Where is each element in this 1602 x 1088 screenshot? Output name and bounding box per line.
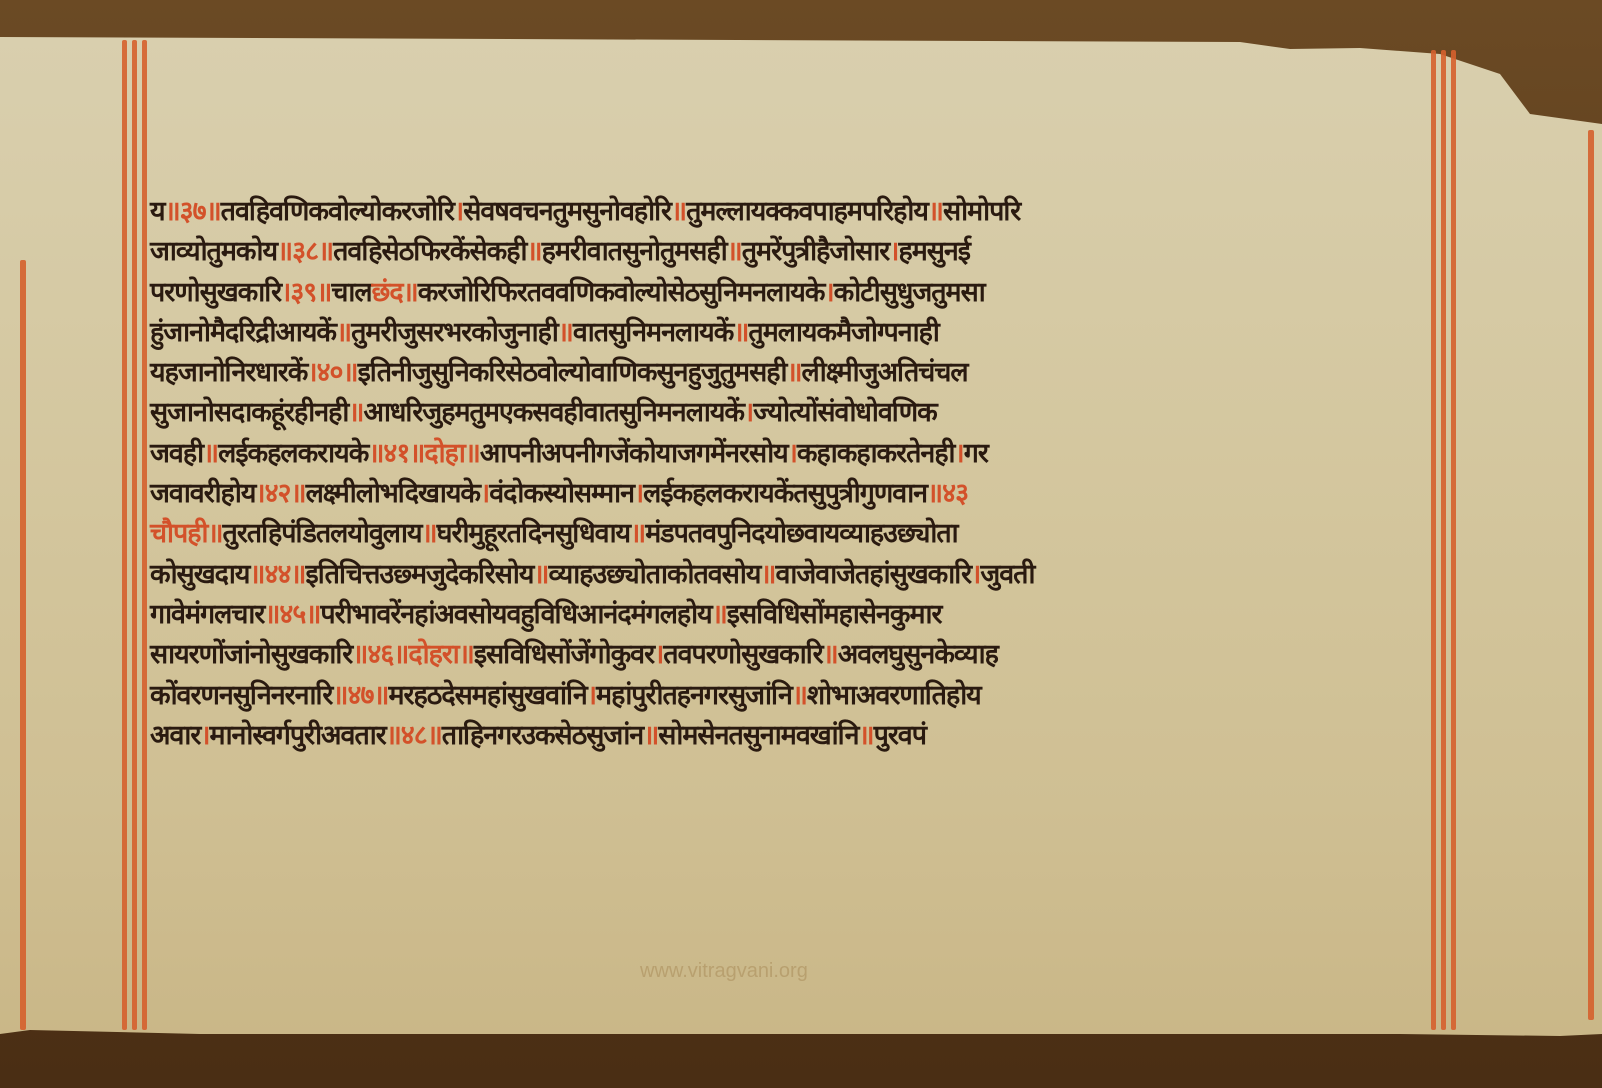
rubric-marker: ।४२॥ [255,478,305,509]
text-segment: परणोसुखकारि [150,277,281,308]
text-segment: तवहिवणिकवोल्योकरजोरि [221,196,454,227]
rubric-marker: ॥ [786,357,801,388]
text-segment: लईकहलकरायकेंतसुपुत्रीगुणवान [643,478,927,509]
manuscript-line: परणोसुखकारि।३९॥चालछंद॥करजोरिफिरतववणिकवोल… [150,273,1412,313]
rubric-marker: ॥ [858,720,873,751]
rubric-marker: चौपही॥ [150,518,223,549]
manuscript-line: सुजानोसदाकहूंरहीनही॥आधरिजुहमतुमएकसवहीवात… [150,393,1412,433]
text-segment: कहाकहाकरतेनही [797,438,955,469]
rubric-marker: । [200,720,209,751]
text-segment: कोंवरणनसुनिनरनारि [150,680,332,711]
rubric-marker: । [744,397,753,428]
rubric-marker: । [634,478,643,509]
text-segment: वातसुनिमनलायकें [573,317,733,348]
text-segment: घरीमुहूरतदिनसुधिवाय [437,518,631,549]
text-segment: जुवती [980,559,1034,590]
text-segment: इसविधिसोंजेंगोकुवर [474,639,654,670]
text-segment: मंडपतवपुनिदयोछवायव्याहउछ्योता [645,518,957,549]
rubric-marker: ॥४१॥ [368,438,424,469]
text-segment: जवही [150,438,203,469]
rubric-marker: ॥४४॥ [249,559,305,590]
rubric-marker: ॥ [558,317,573,348]
manuscript-line: सायरणोंजांनोसुखकारि॥४६॥दोहरा॥इसविधिसोंजे… [150,635,1412,675]
rubric-marker: ॥ [526,236,541,267]
rubric-marker: ॥४३ [927,478,968,509]
watermark: www.vitragvani.org [640,960,808,983]
text-segment: ताहिनगरउकसेठसुजांन [442,720,643,751]
rubric-marker: ॥ [630,518,645,549]
rubric-marker: ॥४६॥ [352,639,408,670]
text-segment: इतिचित्तउछ्मजुदेकरिसोय [306,559,534,590]
text-segment: जवावरीहोय [150,478,255,509]
text-segment: ज्योत्योंसंवोधोवणिक [753,397,937,428]
rubric-marker: ।४०॥ [307,357,357,388]
text-segment: शोभाअवरणातिहोय [807,680,981,711]
rubric-marker: । [480,478,489,509]
rubric-marker: ॥ [760,559,775,590]
text-segment: तवहिसेठफिरकेंसेकही [333,236,526,267]
rubric-marker: ॥३७॥ [165,196,221,227]
text-segment: मानोस्वर्गपुरीअवतार [210,720,386,751]
rubric-marker: ॥ [733,317,748,348]
rubric-marker: दोहा॥ [424,438,479,469]
manuscript-line: जाव्योतुमकोय॥३८॥तवहिसेठफिरकेंसेकही॥हमरीव… [150,232,1412,272]
text-segment: यहजानोनिरधारकें [150,357,307,388]
right-edge-red-rule [1588,130,1594,1020]
text-segment: लईकहलकरायके [218,438,368,469]
text-segment: सायरणोंजांनोसुखकारि [150,639,352,670]
text-segment: व्याहउछ्योताकोतवसोय [549,559,761,590]
text-segment: सेवषवचनतुमसुनोवहोरि [463,196,671,227]
text-segment: सुजानोसदाकहूंरहीनही [150,397,348,428]
text-segment: अवलघुसुनकेव्याह [838,639,998,670]
manuscript-line: हुंजानोमैदरिद्रीआयकें॥तुमरीजुसरभरकोजुनाह… [150,313,1412,353]
rubric-marker: ॥ [928,196,943,227]
rubric-marker: ॥ [533,559,548,590]
rubric-marker: ॥ [712,599,727,630]
text-segment: तुमरेंपुत्रीहैजोसार [742,236,890,267]
rubric-marker: ॥ [643,720,658,751]
manuscript-line: जवावरीहोय।४२॥लक्ष्मीलोभदिखायके।वंदोकस्यो… [150,474,1412,514]
rubric-marker: ॥ [422,518,437,549]
text-segment: य [150,196,165,227]
left-edge-red-rule [20,260,26,1030]
text-segment: सोमसेनतसुनामवखांनि [658,720,858,751]
rubric-marker: छंद॥ [372,277,418,308]
text-segment: लक्ष्मीलोभदिखायके [306,478,480,509]
rubric-marker: । [824,277,833,308]
text-segment: पुरवपं [874,720,926,751]
text-segment: तुमलायकमैजोग्पनाही [748,317,938,348]
text-segment: जाव्योतुमकोय [150,236,277,267]
text-segment: हमरीवातसुनोतुमसही [542,236,727,267]
text-segment: गावेमंगलचार [150,599,264,630]
rubric-marker: ॥४७॥ [332,680,388,711]
manuscript-text-block: य॥३७॥तवहिवणिकवोल्योकरजोरि।सेवषवचनतुमसुनो… [150,192,1420,756]
rubric-marker: ॥ [823,639,838,670]
text-segment: करजोरिफिरतववणिकवोल्योसेठसुनिमनलायके [418,277,825,308]
text-segment: लीक्ष्मीजुअतिचंचल [802,357,968,388]
rubric-marker: । [971,559,980,590]
text-segment: गर [964,438,988,469]
text-segment: अवार [150,720,200,751]
rubric-marker: ॥४५॥ [264,599,320,630]
rubric-marker: दोहरा॥ [408,639,473,670]
right-margin-red-rule [1451,50,1456,1030]
text-segment: तुमरीजुसरभरकोजुनाही [351,317,558,348]
right-margin-red-rule [1441,50,1446,1030]
rubric-marker: ॥ [203,438,218,469]
text-segment: आधरिजुहमतुमएकसवहीवातसुनिमनलायकें [363,397,744,428]
manuscript-line: गावेमंगलचार॥४५॥परीभावरेंनहांअवसोयवहुविधि… [150,595,1412,635]
text-segment: इतिनीजुसुनिकरिसेठवोल्योवाणिकसुनहुजुतुमसह… [358,357,787,388]
text-segment: हमसुनई [898,236,970,267]
manuscript-line: कोसुखदाय॥४४॥इतिचित्तउछ्मजुदेकरिसोय॥व्याह… [150,555,1412,595]
rubric-marker: ॥ [336,317,351,348]
rubric-marker: । [654,639,663,670]
rubric-marker: ॥ [671,196,686,227]
rubric-marker: । [454,196,463,227]
rubric-marker: । [955,438,964,469]
text-segment: तवपरणोसुखकारि [663,639,822,670]
manuscript-line: कोंवरणनसुनिनरनारि॥४७॥मरहठदेसमहांसुखवांनि… [150,676,1412,716]
rubric-marker: । [587,680,596,711]
rubric-marker: । [889,236,898,267]
left-margin-red-rule [142,40,147,1030]
rubric-marker: ।३९॥ [281,277,331,308]
text-segment: वंदोकस्योसम्मान [489,478,634,509]
text-segment: कोटीसुधुजतुमसा [834,277,985,308]
rubric-marker: ॥३८॥ [277,236,333,267]
text-segment: आपनीअपनीगजेंकोयाजगमेंनरसोय [480,438,788,469]
manuscript-line: यहजानोनिरधारकें।४०॥इतिनीजुसुनिकरिसेठवोल्… [150,353,1412,393]
rubric-marker: ॥ [348,397,363,428]
manuscript-line: चौपही॥तुरतहिपंडितलयोवुलाय॥घरीमुहूरतदिनसु… [150,514,1412,554]
manuscript-line: य॥३७॥तवहिवणिकवोल्योकरजोरि।सेवषवचनतुमसुनो… [150,192,1412,232]
text-segment: मरहठदेसमहांसुखवांनि [388,680,586,711]
text-segment: वाजेवाजेतहांसुखकारि [775,559,971,590]
text-segment: सोमोपरि [943,196,1020,227]
right-margin-red-rule [1431,50,1436,1030]
rubric-marker: ॥४८॥ [386,720,442,751]
manuscript-line: अवार।मानोस्वर्गपुरीअवतार॥४८॥ताहिनगरउकसेठ… [150,716,1412,756]
manuscript-line: जवही॥लईकहलकरायके॥४१॥दोहा॥आपनीअपनीगजेंकोय… [150,434,1412,474]
text-segment: हुंजानोमैदरिद्रीआयकें [150,317,336,348]
rubric-marker: ॥ [727,236,742,267]
text-segment: कोसुखदाय [150,559,249,590]
left-margin-red-rule [132,40,137,1030]
text-segment: तुरतहिपंडितलयोवुलाय [223,518,422,549]
text-segment: तुमल्लायक्कवपाहमपरिहोय [686,196,928,227]
rubric-marker: । [788,438,797,469]
rubric-marker: ॥ [792,680,807,711]
text-segment: इसविधिसोंमहासेनकुमार [727,599,942,630]
text-segment: महांपुरीतहनगरसुजांनि [596,680,792,711]
text-segment: चाल [331,277,371,308]
left-margin-red-rule [122,40,127,1030]
text-segment: परीभावरेंनहांअवसोयवहुविधिआनंदमंगलहोय [320,599,711,630]
